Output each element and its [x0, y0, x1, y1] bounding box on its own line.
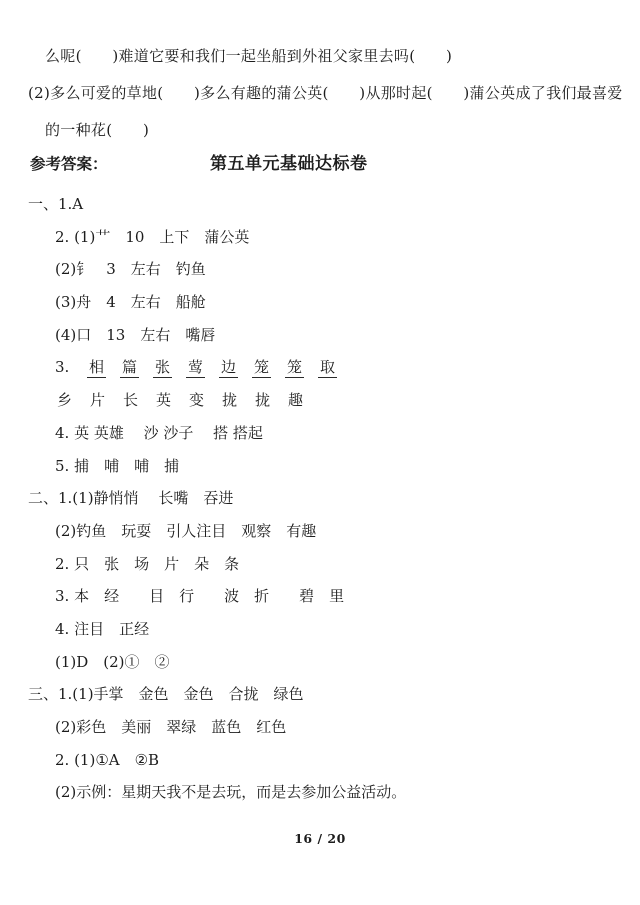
answer-char: 拢	[213, 384, 246, 417]
doc-line: 么呢( )难道它要和我们一起坐船到外祖父家里去吗( )	[0, 38, 640, 75]
answer-char: 莺	[179, 351, 212, 384]
answer-char: 乡	[48, 384, 81, 417]
answer-char: 相	[80, 351, 113, 384]
answer-char: 笼	[278, 351, 311, 384]
doc-line: 乡片长英变拢拢趣	[0, 384, 640, 417]
doc-line: (3)舟 4 左右 船舱	[0, 286, 640, 319]
doc-line: 3.相篇张莺边笼笼取	[0, 351, 640, 384]
doc-line: (2)示例：星期天我不是去玩，而是去参加公益活动。	[0, 776, 640, 809]
question-section: 么呢( )难道它要和我们一起坐船到外祖父家里去吗( )(2)多么可爱的草地( )…	[0, 38, 640, 149]
doc-line: 2. 只 张 场 片 朵 条	[0, 548, 640, 581]
answer-char: 英	[147, 384, 180, 417]
doc-line: (4)口 13 左右 嘴唇	[0, 319, 640, 352]
answer-char: 取	[311, 351, 344, 384]
doc-line: 4. 注目 正经	[0, 613, 640, 646]
answer-heading-row: 参考答案： 第五单元基础达标卷	[0, 151, 640, 177]
doc-line: (2)多么可爱的草地( )多么有趣的蒲公英( )从那时起( )蒲公英成了我们最喜…	[0, 75, 640, 112]
answer-section: 一、1.A2. (1)艹 10 上下 蒲公英(2)钅 3 左右 钓鱼(3)舟 4…	[0, 188, 640, 809]
doc-line: 二、1.(1)静悄悄 长嘴 吞进	[0, 482, 640, 515]
answer-char: 片	[81, 384, 114, 417]
answer-char: 长	[114, 384, 147, 417]
section-title: 第五单元基础达标卷	[210, 151, 368, 177]
answer-char: 变	[180, 384, 213, 417]
answer-char: 边	[212, 351, 245, 384]
doc-line: 一、1.A	[0, 188, 640, 221]
doc-line: (2)钓鱼 玩耍 引人注目 观察 有趣	[0, 515, 640, 548]
answer-key-label: 参考答案：	[30, 151, 108, 177]
doc-line: 三、1.(1)手掌 金色 金色 合拢 绿色	[0, 678, 640, 711]
answer-char: 拢	[246, 384, 279, 417]
answer-char: 趣	[279, 384, 312, 417]
answer-char: 张	[146, 351, 179, 384]
page-number: 16 / 20	[0, 831, 640, 846]
doc-line: 5. 捕 哺 哺 捕	[0, 450, 640, 483]
doc-line: 3. 本 经 目 行 波 折 碧 里	[0, 580, 640, 613]
doc-line: 2. (1)艹 10 上下 蒲公英	[0, 221, 640, 254]
doc-line: 4. 英 英雄 沙 沙子 搭 搭起	[0, 417, 640, 450]
answer-char: 笼	[245, 351, 278, 384]
answer-char: 篇	[113, 351, 146, 384]
doc-line: 的一种花( )	[0, 112, 640, 149]
document-page: 么呢( )难道它要和我们一起坐船到外祖父家里去吗( )(2)多么可爱的草地( )…	[0, 0, 640, 905]
doc-line: 2. (1)①A ②B	[0, 744, 640, 777]
line-prefix: 3.	[55, 351, 80, 384]
doc-line: (1)D (2)① ②	[0, 646, 640, 679]
doc-line: (2)钅 3 左右 钓鱼	[0, 253, 640, 286]
doc-line: (2)彩色 美丽 翠绿 蓝色 红色	[0, 711, 640, 744]
